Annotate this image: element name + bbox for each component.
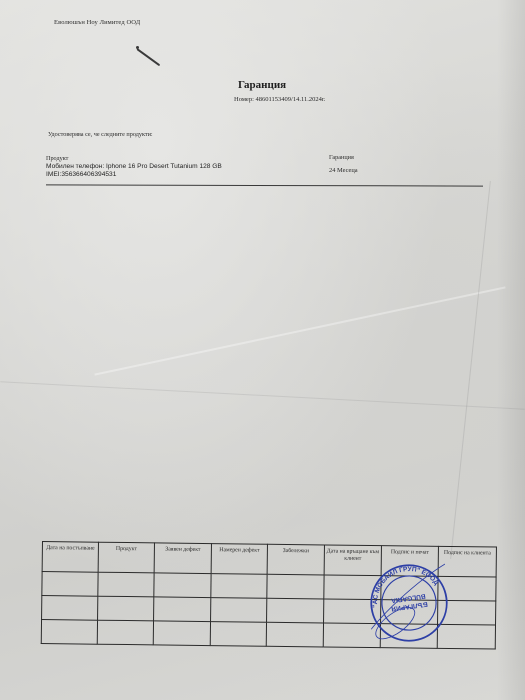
table-cell <box>154 597 211 622</box>
table-cell <box>210 622 266 647</box>
table-cell <box>98 572 154 597</box>
product-imei: IMEI:356366406394531 <box>46 171 116 178</box>
product-name: Мобилен телефон: Iphone 16 Pro Desert Tu… <box>46 163 222 170</box>
column-header: Продукт <box>98 542 154 573</box>
table-cell <box>211 574 267 599</box>
table-cell <box>97 620 153 645</box>
column-header: Дата на постъпване <box>42 542 98 573</box>
table-cell <box>42 596 98 621</box>
product-label: Продукт <box>46 155 68 162</box>
table-cell <box>41 620 97 645</box>
table-cell <box>154 573 211 598</box>
divider <box>46 184 483 186</box>
pen-mark-icon <box>136 48 160 66</box>
document-title: Гаранция <box>238 79 286 91</box>
column-header: Забележки <box>267 544 324 575</box>
page-shadow <box>497 0 525 700</box>
table-cell <box>42 572 98 597</box>
column-header: Намерен дефект <box>211 544 267 575</box>
table-cell <box>266 622 323 647</box>
paper-crease <box>94 286 505 375</box>
warranty-label: Гаранция <box>329 154 354 161</box>
column-header: Подпис на клиента <box>438 546 496 577</box>
column-header: Заявен дефект <box>154 543 211 574</box>
table-cell <box>98 596 154 621</box>
company-name: Еволюшън Ноу Лимитед ООД <box>54 19 140 26</box>
table-cell <box>153 621 210 646</box>
table-cell <box>267 598 324 623</box>
document-number: Номер: 48601153409/14.11.2024г. <box>234 96 325 103</box>
paper-crease <box>450 181 491 559</box>
warranty-value: 24 Месеца <box>329 167 358 174</box>
paper-crease <box>0 381 524 409</box>
table-cell <box>267 574 324 599</box>
certify-text: Удостоверява се, че следните продукти: <box>48 131 153 138</box>
warranty-document: Еволюшън Ноу Лимитед ООД Гаранция Номер:… <box>0 0 525 700</box>
company-stamp: "АС МОБАЙЛ ГРУП" ЕООД БЪЛГАРИЯ BULGARIA <box>363 557 456 650</box>
table-cell <box>211 598 267 623</box>
